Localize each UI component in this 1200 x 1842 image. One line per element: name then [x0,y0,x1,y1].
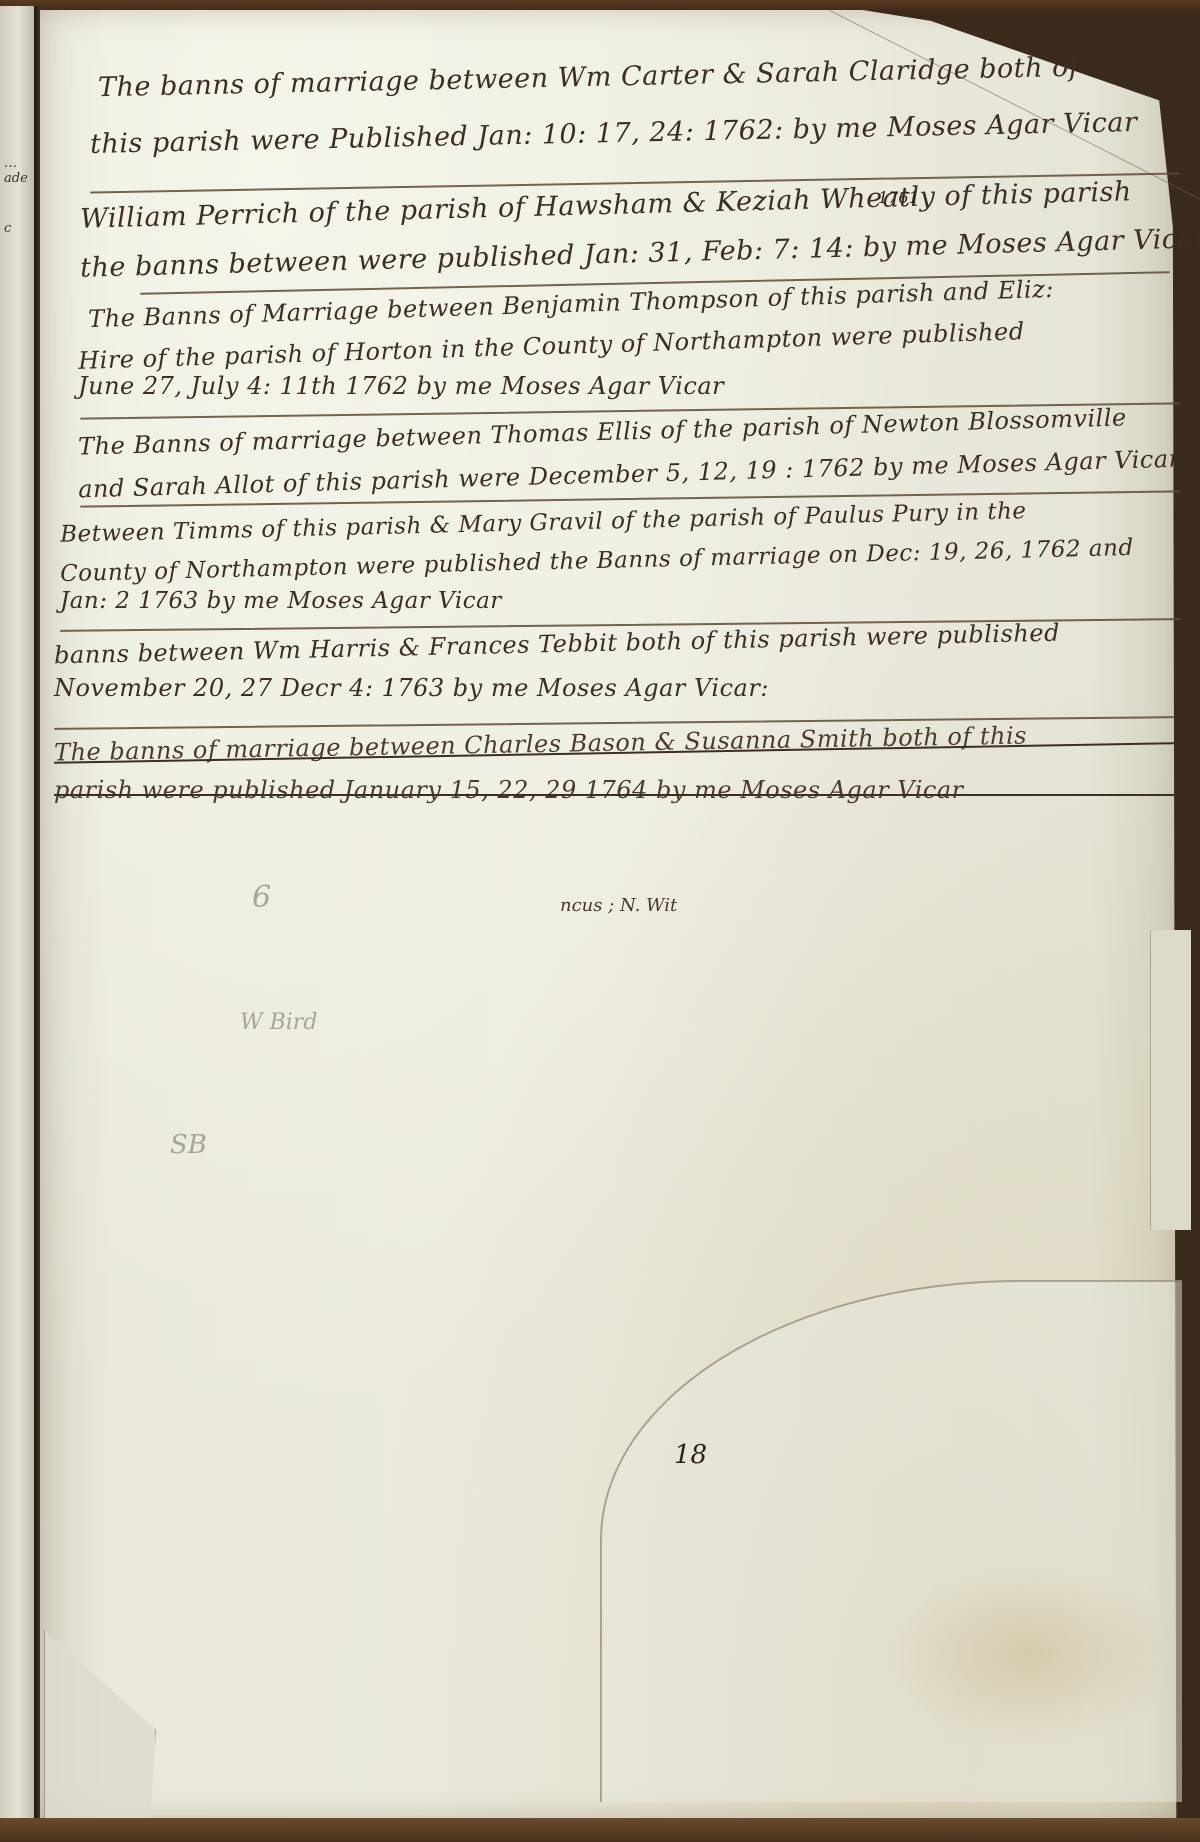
previous-page-margin-mark: …ade [4,156,34,186]
previous-page-edge: …ade c [0,6,36,1821]
entry-line: Jan: 2 1763 by me Moses Agar Vicar [60,588,502,614]
superscript-year: 1761 [878,188,919,207]
book-cover-bottom-edge [0,1818,1200,1842]
strikethrough-line [54,794,1174,796]
entry-line: June 27, July 4: 11th 1762 by me Moses A… [78,372,724,400]
pencil-initials: SB [170,1130,207,1160]
entry-line: parish were published January 15, 22, 29… [54,776,964,804]
ink-scribble: ncus ; N. Wit [560,895,677,916]
water-stain [880,1560,1180,1750]
faint-pencil-word: W Bird [240,1010,317,1035]
pencil-numeral: 6 [252,880,271,915]
entry-line: November 20, 27 Decr 4: 1763 by me Moses… [54,674,769,702]
previous-page-margin-mark: c [4,221,11,236]
torn-edge-flap [1150,930,1191,1230]
page-number: 18 [674,1440,707,1470]
